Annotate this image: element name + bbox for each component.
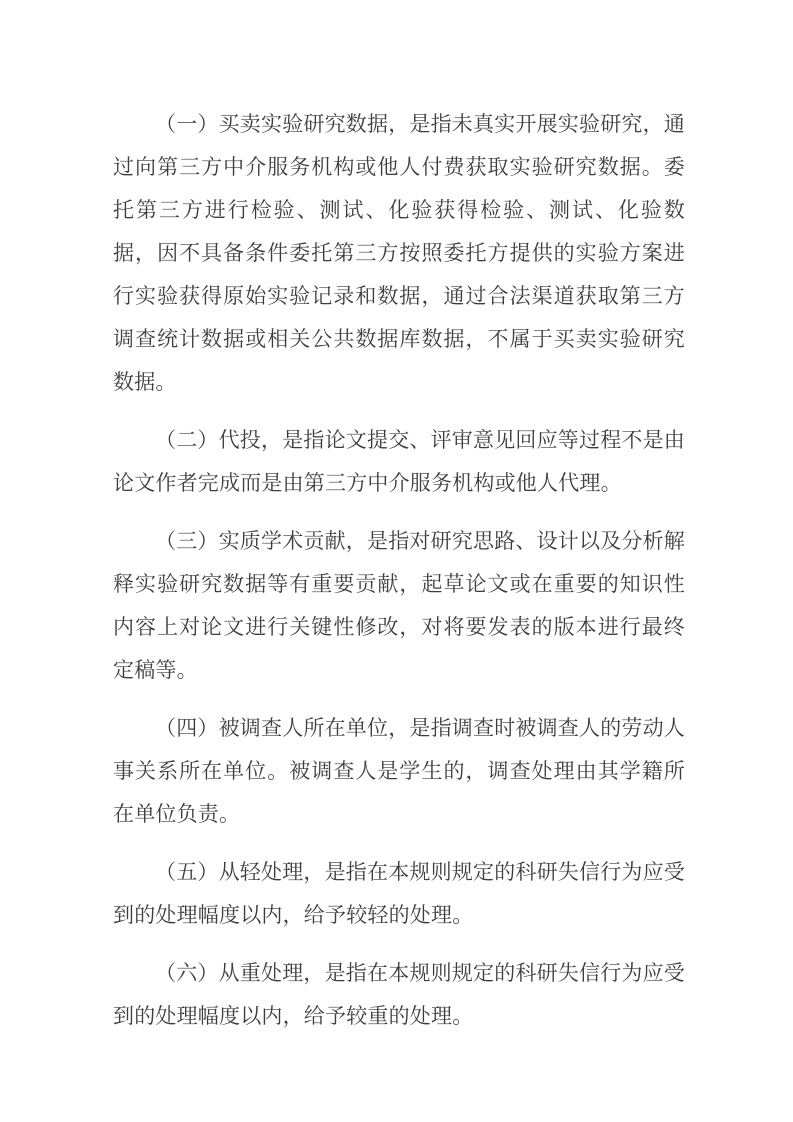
- doc-paragraph-item-3: （三）实质学术贡献，是指对研究思路、设计以及分析解释实验研究数据等有重要贡献，起…: [113, 520, 685, 692]
- doc-paragraph-item-6: （六）从重处理，是指在本规则规定的科研失信行为应受到的处理幅度以内，给予较重的处…: [113, 952, 685, 1038]
- doc-paragraph-item-5: （五）从轻处理，是指在本规则规定的科研失信行为应受到的处理幅度以内，给予较轻的处…: [113, 851, 685, 937]
- document-page: （一）买卖实验研究数据，是指未真实开展实验研究，通过向第三方中介服务机构或他人付…: [0, 0, 793, 1122]
- document-body: （一）买卖实验研究数据，是指未真实开展实验研究，通过向第三方中介服务机构或他人付…: [113, 103, 685, 1038]
- doc-paragraph-item-2: （二）代投，是指论文提交、评审意见回应等过程不是由论文作者完成而是由第三方中介服…: [113, 419, 685, 505]
- doc-paragraph-item-1: （一）买卖实验研究数据，是指未真实开展实验研究，通过向第三方中介服务机构或他人付…: [113, 103, 685, 404]
- doc-paragraph-item-4: （四）被调查人所在单位，是指调查时被调查人的劳动人事关系所在单位。被调查人是学生…: [113, 707, 685, 836]
